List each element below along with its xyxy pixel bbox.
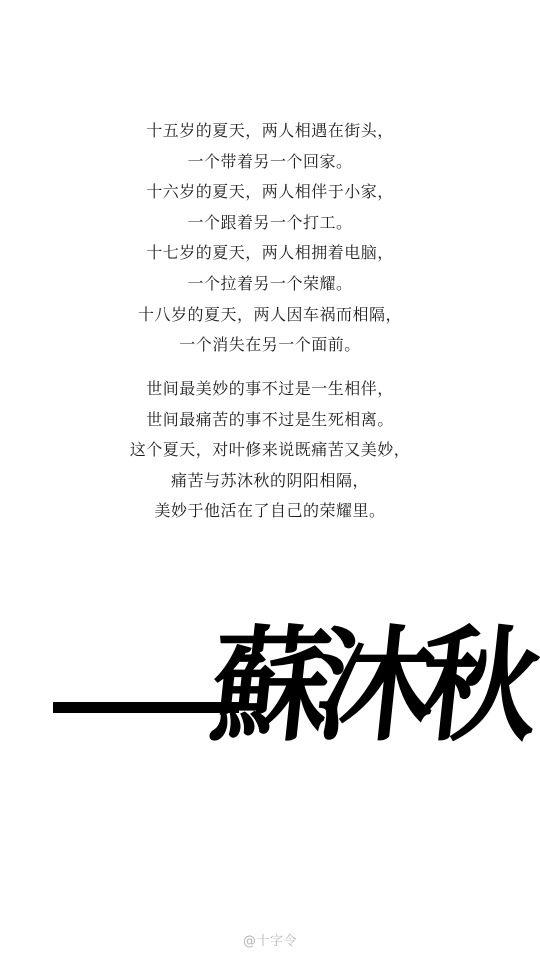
poem-stanza-2: 世间最美妙的事不过是一生相伴， 世间最痛苦的事不过是生死相离。 这个夏天，对叶修… — [0, 374, 540, 527]
poem-line: 一个带着另一个回家。 — [0, 147, 540, 178]
calligraphy-name: 蘇沐秋 — [202, 592, 534, 781]
poem-line: 一个拉着另一个荣耀。 — [0, 269, 540, 300]
signature: 蘇沐秋 — [0, 590, 540, 780]
poem-line: 这个夏天，对叶修来说既痛苦又美妙， — [0, 435, 540, 466]
poem-line: 十八岁的夏天，两人因车祸而相隔， — [0, 300, 540, 331]
poem-line: 一个消失在另一个面前。 — [0, 330, 540, 361]
poem-stanza-1: 十五岁的夏天，两人相遇在街头， 一个带着另一个回家。 十六岁的夏天，两人相伴于小… — [0, 116, 540, 361]
poem-line: 美妙于他活在了自己的荣耀里。 — [0, 496, 540, 527]
poem-line: 十五岁的夏天，两人相遇在街头， — [0, 116, 540, 147]
poem-line: 痛苦与苏沐秋的阴阳相隔， — [0, 466, 540, 497]
poem-line: 世间最美妙的事不过是一生相伴， — [0, 374, 540, 405]
poem-line: 一个跟着另一个打工。 — [0, 208, 540, 239]
poem-line: 十七岁的夏天，两人相拥着电脑， — [0, 238, 540, 269]
poem-line: 十六岁的夏天，两人相伴于小家， — [0, 177, 540, 208]
watermark: @十字令 — [0, 933, 540, 951]
poem-line: 世间最痛苦的事不过是生死相离。 — [0, 405, 540, 436]
